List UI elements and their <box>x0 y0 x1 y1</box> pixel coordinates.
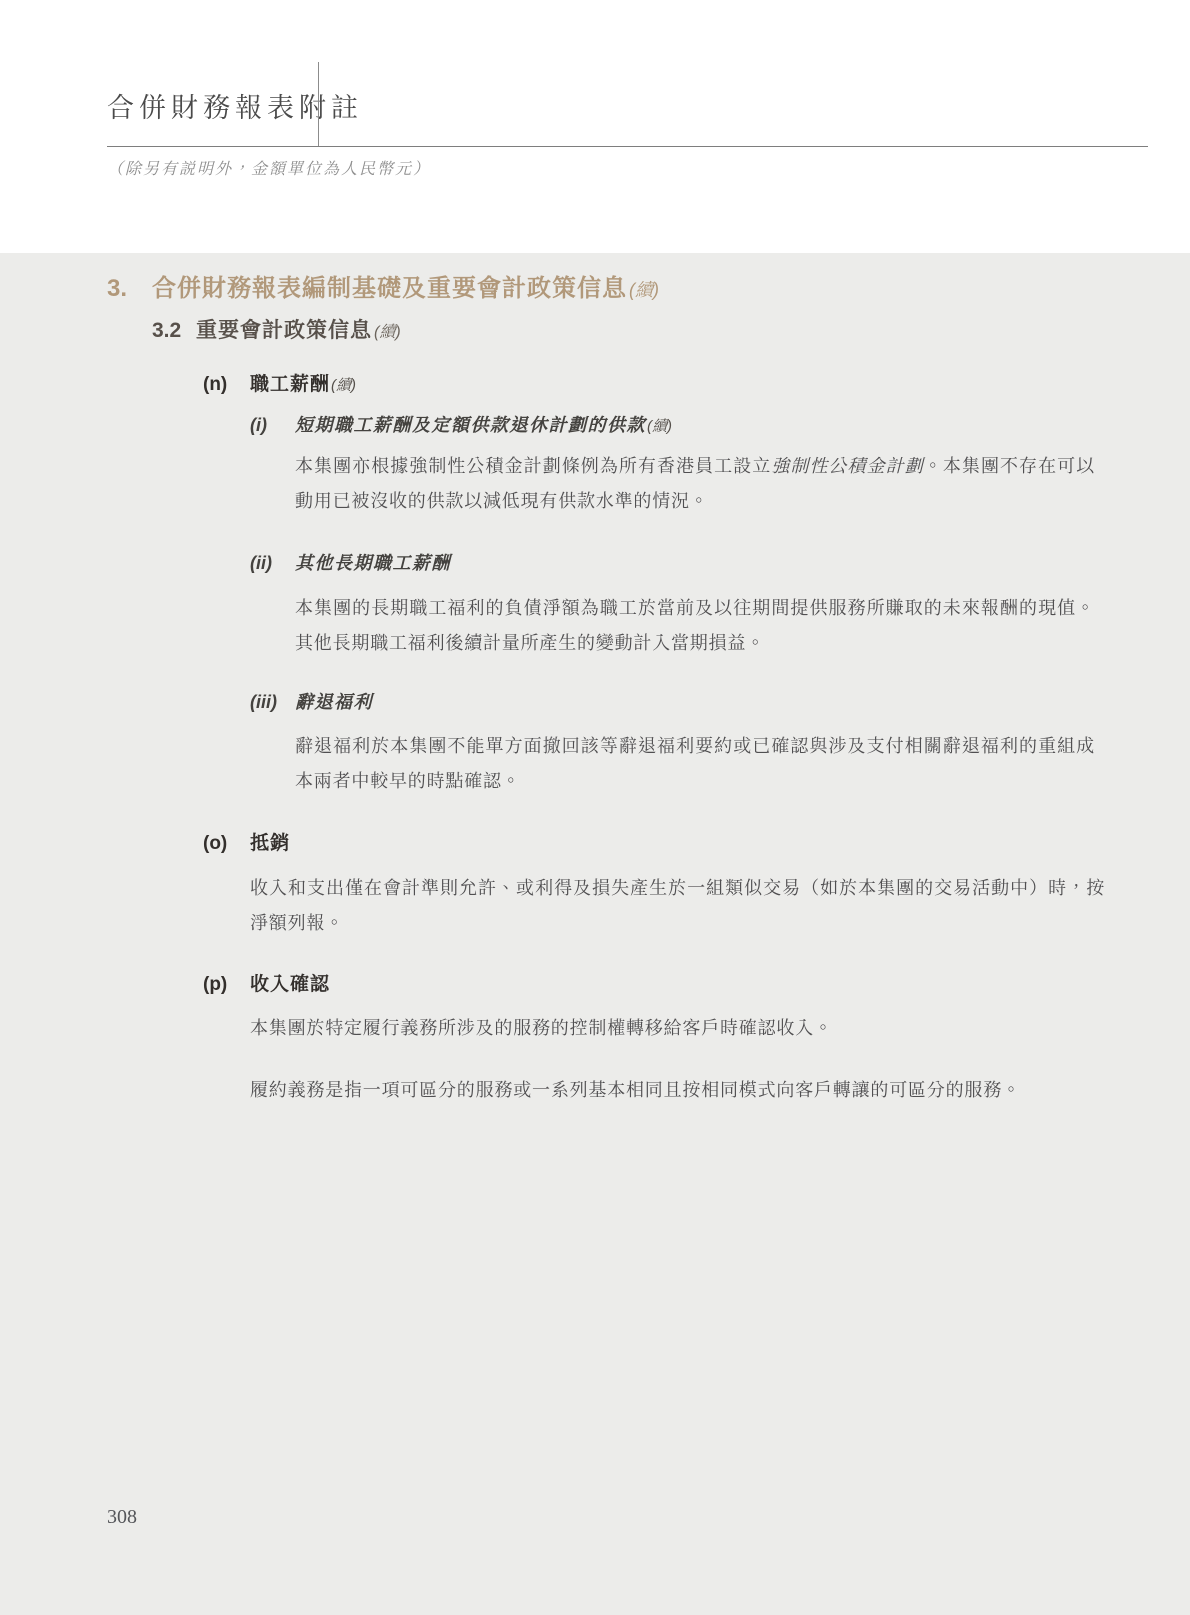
subitem-i-paragraph-pre: 本集團亦根據強制性公積金計劃條例為所有香港員工設立 <box>295 456 771 476</box>
item-p-paragraph-2: 履約義務是指一項可區分的服務或一系列基本相同且按相同模式向客戶轉讓的可區分的服務… <box>250 1073 1105 1108</box>
subitem-ii-marker: (ii) <box>250 553 295 574</box>
subsection-heading: 3.2 重要會計政策信息 (續) <box>152 314 401 344</box>
item-o-heading: (o) 抵銷 <box>203 828 290 855</box>
item-n-heading: (n) 職工薪酬 (續) <box>203 369 356 396</box>
section-title: 合併財務報表編制基礎及重要會計政策信息 <box>152 268 627 303</box>
subitem-i-heading: (i) 短期職工薪酬及定額供款退休計劃的供款 (續) <box>250 411 672 437</box>
subsection-number: 3.2 <box>152 319 196 343</box>
subsection-title: 重要會計政策信息 <box>196 314 372 344</box>
subitem-i-paragraph-italic: 強制性公積金計劃 <box>771 456 923 476</box>
section-heading: 3. 合併財務報表編制基礎及重要會計政策信息 (續) <box>107 268 659 303</box>
page-number: 308 <box>107 1506 137 1529</box>
subitem-i-paragraph: 本集團亦根據強制性公積金計劃條例為所有香港員工設立強制性公積金計劃。本集團不存在… <box>295 449 1095 519</box>
subitem-ii-paragraph: 本集團的長期職工福利的負債淨額為職工於當前及以往期間提供服務所賺取的未來報酬的現… <box>295 591 1095 661</box>
item-o-paragraph: 收入和支出僅在會計準則允許、或利得及損失產生於一組類似交易（如於本集團的交易活動… <box>250 871 1105 941</box>
subitem-ii-title: 其他長期職工薪酬 <box>295 549 451 575</box>
subsection-continued-tag: (續) <box>374 319 401 342</box>
document-subtitle: （除另有説明外，金額單位為人民幣元） <box>107 156 431 179</box>
header-horizontal-rule <box>107 146 1148 147</box>
item-o-title: 抵銷 <box>250 828 290 855</box>
item-n-title: 職工薪酬 <box>250 369 330 396</box>
header-vertical-divider <box>318 62 319 146</box>
item-n-continued-tag: (續) <box>331 374 356 395</box>
subitem-iii-title: 辭退福利 <box>295 688 373 714</box>
item-p-title: 收入確認 <box>250 969 330 996</box>
document-title: 合併財務報表附註 <box>107 86 363 125</box>
page: { "header": { "title": "合併財務報表附註", "subt… <box>0 0 1190 1615</box>
item-p-paragraph-1: 本集團於特定履行義務所涉及的服務的控制權轉移給客戶時確認收入。 <box>250 1011 1105 1046</box>
subitem-i-continued-tag: (續) <box>647 415 672 436</box>
subitem-iii-heading: (iii) 辭退福利 <box>250 688 373 714</box>
item-p-heading: (p) 收入確認 <box>203 969 330 996</box>
item-p-marker: (p) <box>203 974 250 996</box>
subitem-i-marker: (i) <box>250 415 295 436</box>
section-continued-tag: (續) <box>629 276 659 302</box>
section-number: 3. <box>107 275 152 303</box>
item-o-marker: (o) <box>203 833 250 855</box>
subitem-iii-paragraph: 辭退福利於本集團不能單方面撤回該等辭退福利要約或已確認與涉及支付相關辭退福利的重… <box>295 729 1095 799</box>
subitem-ii-heading: (ii) 其他長期職工薪酬 <box>250 549 451 575</box>
subitem-iii-marker: (iii) <box>250 692 295 713</box>
subitem-i-title: 短期職工薪酬及定額供款退休計劃的供款 <box>295 411 646 437</box>
item-n-marker: (n) <box>203 374 250 396</box>
